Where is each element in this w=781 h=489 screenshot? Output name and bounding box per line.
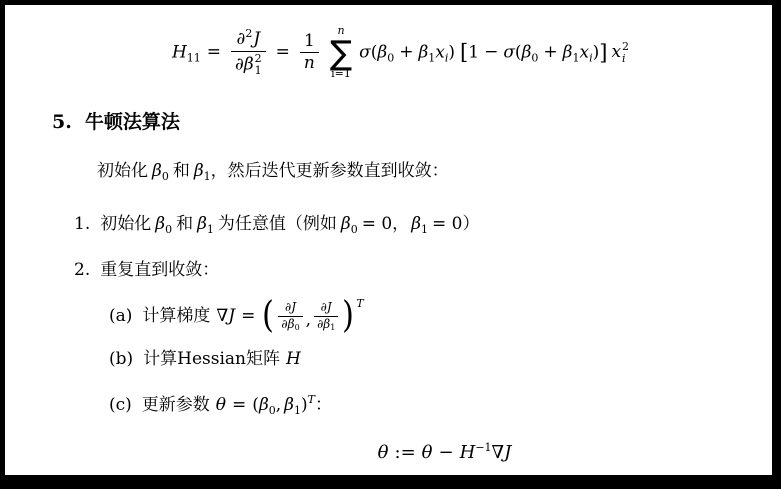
text: 为任意值（例如 xyxy=(218,214,337,234)
equals-sign: = xyxy=(232,395,246,415)
text: 更新参数 xyxy=(142,395,210,415)
sub-0: 0 xyxy=(295,323,300,332)
equals-sign: = xyxy=(276,42,290,62)
var-theta: θ xyxy=(422,442,433,463)
paren: ( xyxy=(515,42,522,62)
var-x: x xyxy=(611,42,621,62)
step-label: (c) xyxy=(109,395,132,415)
sub-1: 1 xyxy=(330,323,335,332)
var-J: J xyxy=(291,300,296,314)
paren: ( xyxy=(252,395,259,415)
text: 和 xyxy=(176,214,193,234)
sub-1: 1 xyxy=(207,223,214,236)
section-heading: 5.牛顿法算法 xyxy=(52,107,180,134)
sub-1: 1 xyxy=(294,404,301,417)
idx-i: i xyxy=(622,53,626,65)
exp-2: 2 xyxy=(245,27,252,40)
var-beta: β xyxy=(244,55,254,75)
step-a: (a)计算梯度∇J=(∂J∂β0,∂J∂β1)T xyxy=(109,297,364,333)
exp-2: 2 xyxy=(622,41,629,53)
sigma-sum-icon: ∑ xyxy=(330,37,352,68)
list-item-1: 1.初始化β0和β1为任意值（例如β0= 0，β1= 0） xyxy=(74,213,479,238)
sub-11: 11 xyxy=(187,51,201,64)
partial-symbol: ∂ xyxy=(235,55,244,75)
paren: ) xyxy=(301,395,308,415)
var-beta: β xyxy=(411,214,421,234)
var-theta: θ xyxy=(378,442,389,463)
var-beta: β xyxy=(155,214,165,234)
text: 初始化 xyxy=(97,161,148,181)
intro-paragraph: 初始化β0和β1，然后迭代更新参数直到收敛： xyxy=(97,160,449,185)
subsup-x: 2i xyxy=(622,41,629,65)
sub-0: 0 xyxy=(165,223,172,236)
var-J: J xyxy=(504,442,511,463)
step-c: (c)更新参数θ=(β0,β1)T： xyxy=(109,393,332,419)
var-H: H xyxy=(172,42,187,62)
item-number: 2. xyxy=(74,260,90,280)
subsup-beta: 21 xyxy=(255,53,262,77)
section-title: 牛顿法算法 xyxy=(85,111,180,133)
var-beta: β xyxy=(288,317,295,331)
item-number: 1. xyxy=(74,214,90,234)
assign-operator: := xyxy=(395,442,416,463)
sub-1: 1 xyxy=(204,170,211,183)
minus-sign: − xyxy=(484,42,498,62)
var-beta: β xyxy=(194,161,204,181)
var-J: J xyxy=(253,29,260,49)
big-paren-left: ( xyxy=(262,300,274,332)
list-item-2: 2.重复直到收敛： xyxy=(74,259,219,282)
text: ，然后迭代更新参数直到收敛： xyxy=(211,161,449,181)
idx-1: 1 xyxy=(255,65,262,77)
step-label: (b) xyxy=(109,349,133,369)
var-beta: β xyxy=(152,161,162,181)
big-paren-right: ) xyxy=(342,300,354,332)
text: 计算Hessian矩阵 xyxy=(143,349,280,369)
document-page: H11=∂2J∂β21=1nn∑i=1σ(β0+β1xi)[1−σ(β0+β1x… xyxy=(5,5,772,475)
plus-sign: + xyxy=(543,42,557,62)
var-beta: β xyxy=(284,395,294,415)
fraction-dJ-db1: ∂J∂β1 xyxy=(314,301,338,332)
sub-0: 0 xyxy=(387,51,394,64)
var-J: J xyxy=(327,300,332,314)
bracket: ] xyxy=(599,40,607,64)
var-sigma: σ xyxy=(503,42,515,62)
var-beta: β xyxy=(563,42,573,62)
var-beta: β xyxy=(522,42,532,62)
var-x: x xyxy=(579,42,589,62)
sub-0: 0 xyxy=(351,223,358,236)
den-n: n xyxy=(300,52,319,74)
transpose-T: T xyxy=(356,297,363,310)
var-beta: β xyxy=(418,42,428,62)
nabla-symbol: ∇ xyxy=(492,442,505,463)
nabla-symbol: ∇ xyxy=(216,306,228,326)
var-J: J xyxy=(228,306,235,326)
var-H: H xyxy=(286,349,301,369)
update-equation: θ:=θ−H−1∇J xyxy=(5,441,772,465)
summation: n∑i=1 xyxy=(330,25,352,81)
var-beta: β xyxy=(341,214,351,234)
text: 初始化 xyxy=(100,214,151,234)
fraction-1-n: 1n xyxy=(300,32,319,74)
var-theta: θ xyxy=(216,395,226,415)
var-beta: β xyxy=(377,42,387,62)
comma: , xyxy=(306,310,311,330)
num-1: 1 xyxy=(300,32,319,53)
sub-0: 0 xyxy=(531,51,538,64)
step-label: (a) xyxy=(109,306,132,326)
paren: ) xyxy=(448,42,455,62)
sub-0: 0 xyxy=(162,170,169,183)
num-1: 1 xyxy=(468,42,479,62)
equals-sign: = xyxy=(207,42,221,62)
partial-symbol: ∂ xyxy=(237,29,246,49)
text: 和 xyxy=(173,161,190,181)
bracket: [ xyxy=(460,40,468,64)
var-H: H xyxy=(460,442,476,463)
equals-sign: = xyxy=(241,306,255,326)
minus-sign: − xyxy=(439,442,454,463)
text: 计算梯度 xyxy=(142,306,210,326)
fraction-d2J-db1: ∂2J∂β21 xyxy=(231,28,266,77)
text: 重复直到收敛： xyxy=(100,260,219,280)
hessian-equation: H11=∂2J∂β21=1nn∑i=1σ(β0+β1xi)[1−σ(β0+β1x… xyxy=(5,25,772,81)
sum-lower: i=1 xyxy=(331,68,351,80)
exp-neg1: −1 xyxy=(475,441,491,454)
var-beta: β xyxy=(259,395,269,415)
step-b: (b)计算Hessian矩阵H xyxy=(109,348,301,371)
section-number: 5. xyxy=(52,111,72,133)
sub-0: 0 xyxy=(269,404,276,417)
var-sigma: σ xyxy=(359,42,371,62)
fraction-dJ-db0: ∂J∂β0 xyxy=(278,301,302,332)
plus-sign: + xyxy=(399,42,413,62)
comma: , xyxy=(276,395,281,415)
transpose-T: T xyxy=(308,393,315,406)
var-x: x xyxy=(435,42,445,62)
text: = 0， xyxy=(362,214,409,234)
text: = 0） xyxy=(432,214,479,234)
colon: ： xyxy=(315,395,332,415)
var-beta: β xyxy=(197,214,207,234)
sub-1: 1 xyxy=(421,223,428,236)
